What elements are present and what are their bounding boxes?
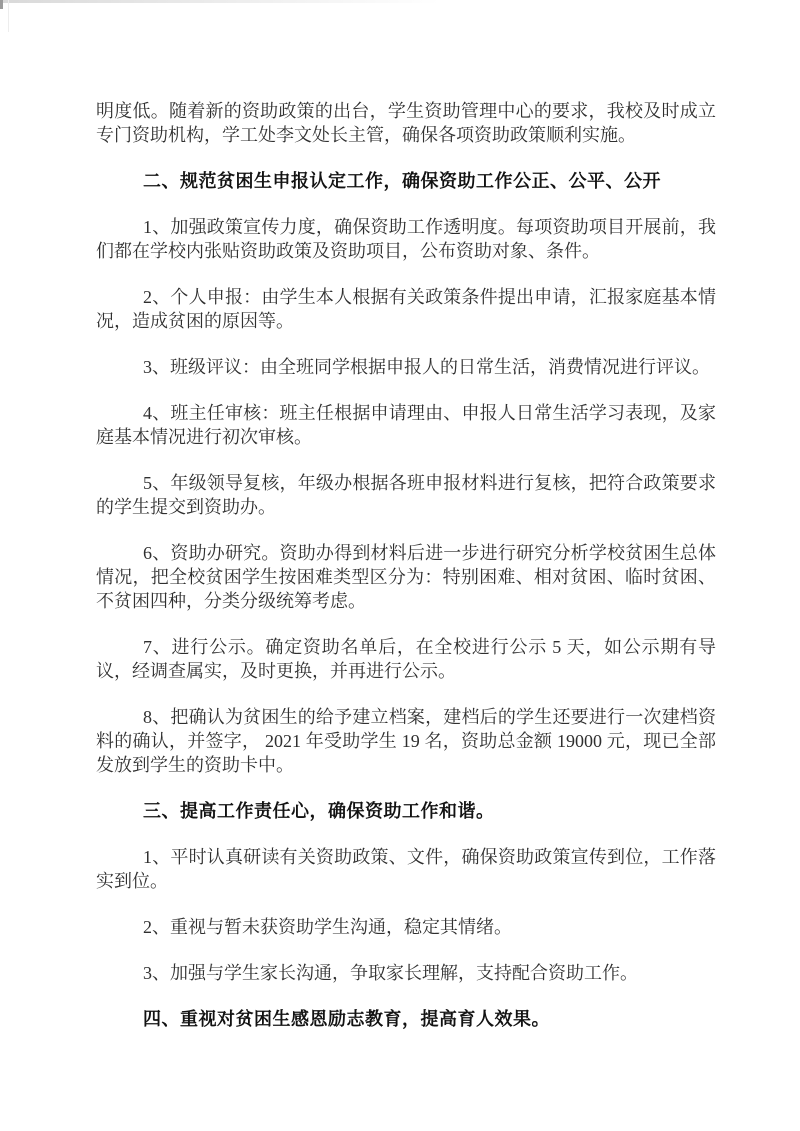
section2-item-3: 3、班级评议：由全班同学根据申报人的日常生活，消费情况进行评议。	[96, 355, 716, 379]
section2-item-1: 1、加强政策宣传力度，确保资助工作透明度。每项资助项目开展前，我们都在学校内张贴…	[96, 215, 716, 263]
section3-item-3: 3、加强与学生家长沟通，争取家长理解，支持配合资助工作。	[96, 961, 716, 985]
section2-item-8: 8、把确认为贫困生的给予建立档案，建档后的学生还要进行一次建档资料的确认，并签字…	[96, 705, 716, 777]
section2-item-6: 6、资助办研究。资助办得到材料后进一步进行研究分析学校贫困生总体情况，把全校贫困…	[96, 541, 716, 613]
section3-item-1: 1、平时认真研读有关资助政策、文件，确保资助政策宣传到位，工作落实到位。	[96, 845, 716, 893]
section-heading-3: 三、提高工作责任心，确保资助工作和谐。	[96, 799, 716, 823]
scan-edge-top-artifact	[0, 0, 440, 3]
section2-item-4: 4、班主任审核：班主任根据申请理由、申报人日常生活学习表现，及家庭基本情况进行初…	[96, 401, 716, 449]
section2-item-5: 5、年级领导复核，年级办根据各班申报材料进行复核，把符合政策要求的学生提交到资助…	[96, 471, 716, 519]
scan-edge-corner-artifact	[0, 0, 3, 9]
document-content: 明度低。随着新的资助政策的出台，学生资助管理中心的要求，我校及时成立专门资助机构…	[96, 99, 716, 1053]
scan-edge-left-artifact	[8, 0, 9, 32]
section2-item-7: 7、进行公示。确定资助名单后，在全校进行公示 5 天，如公示期有导议，经调查属实…	[96, 635, 716, 683]
section2-item-2: 2、个人申报：由学生本人根据有关政策条件提出申请，汇报家庭基本情况，造成贫困的原…	[96, 285, 716, 333]
section3-item-2: 2、重视与暂未获资助学生沟通，稳定其情绪。	[96, 915, 716, 939]
continuation-paragraph: 明度低。随着新的资助政策的出台，学生资助管理中心的要求，我校及时成立专门资助机构…	[96, 99, 716, 147]
document-page: 明度低。随着新的资助政策的出台，学生资助管理中心的要求，我校及时成立专门资助机构…	[0, 0, 800, 1131]
section-heading-2: 二、规范贫困生申报认定工作，确保资助工作公正、公平、公开	[96, 169, 716, 193]
section-heading-4: 四、重视对贫困生感恩励志教育，提高育人效果。	[96, 1007, 716, 1031]
